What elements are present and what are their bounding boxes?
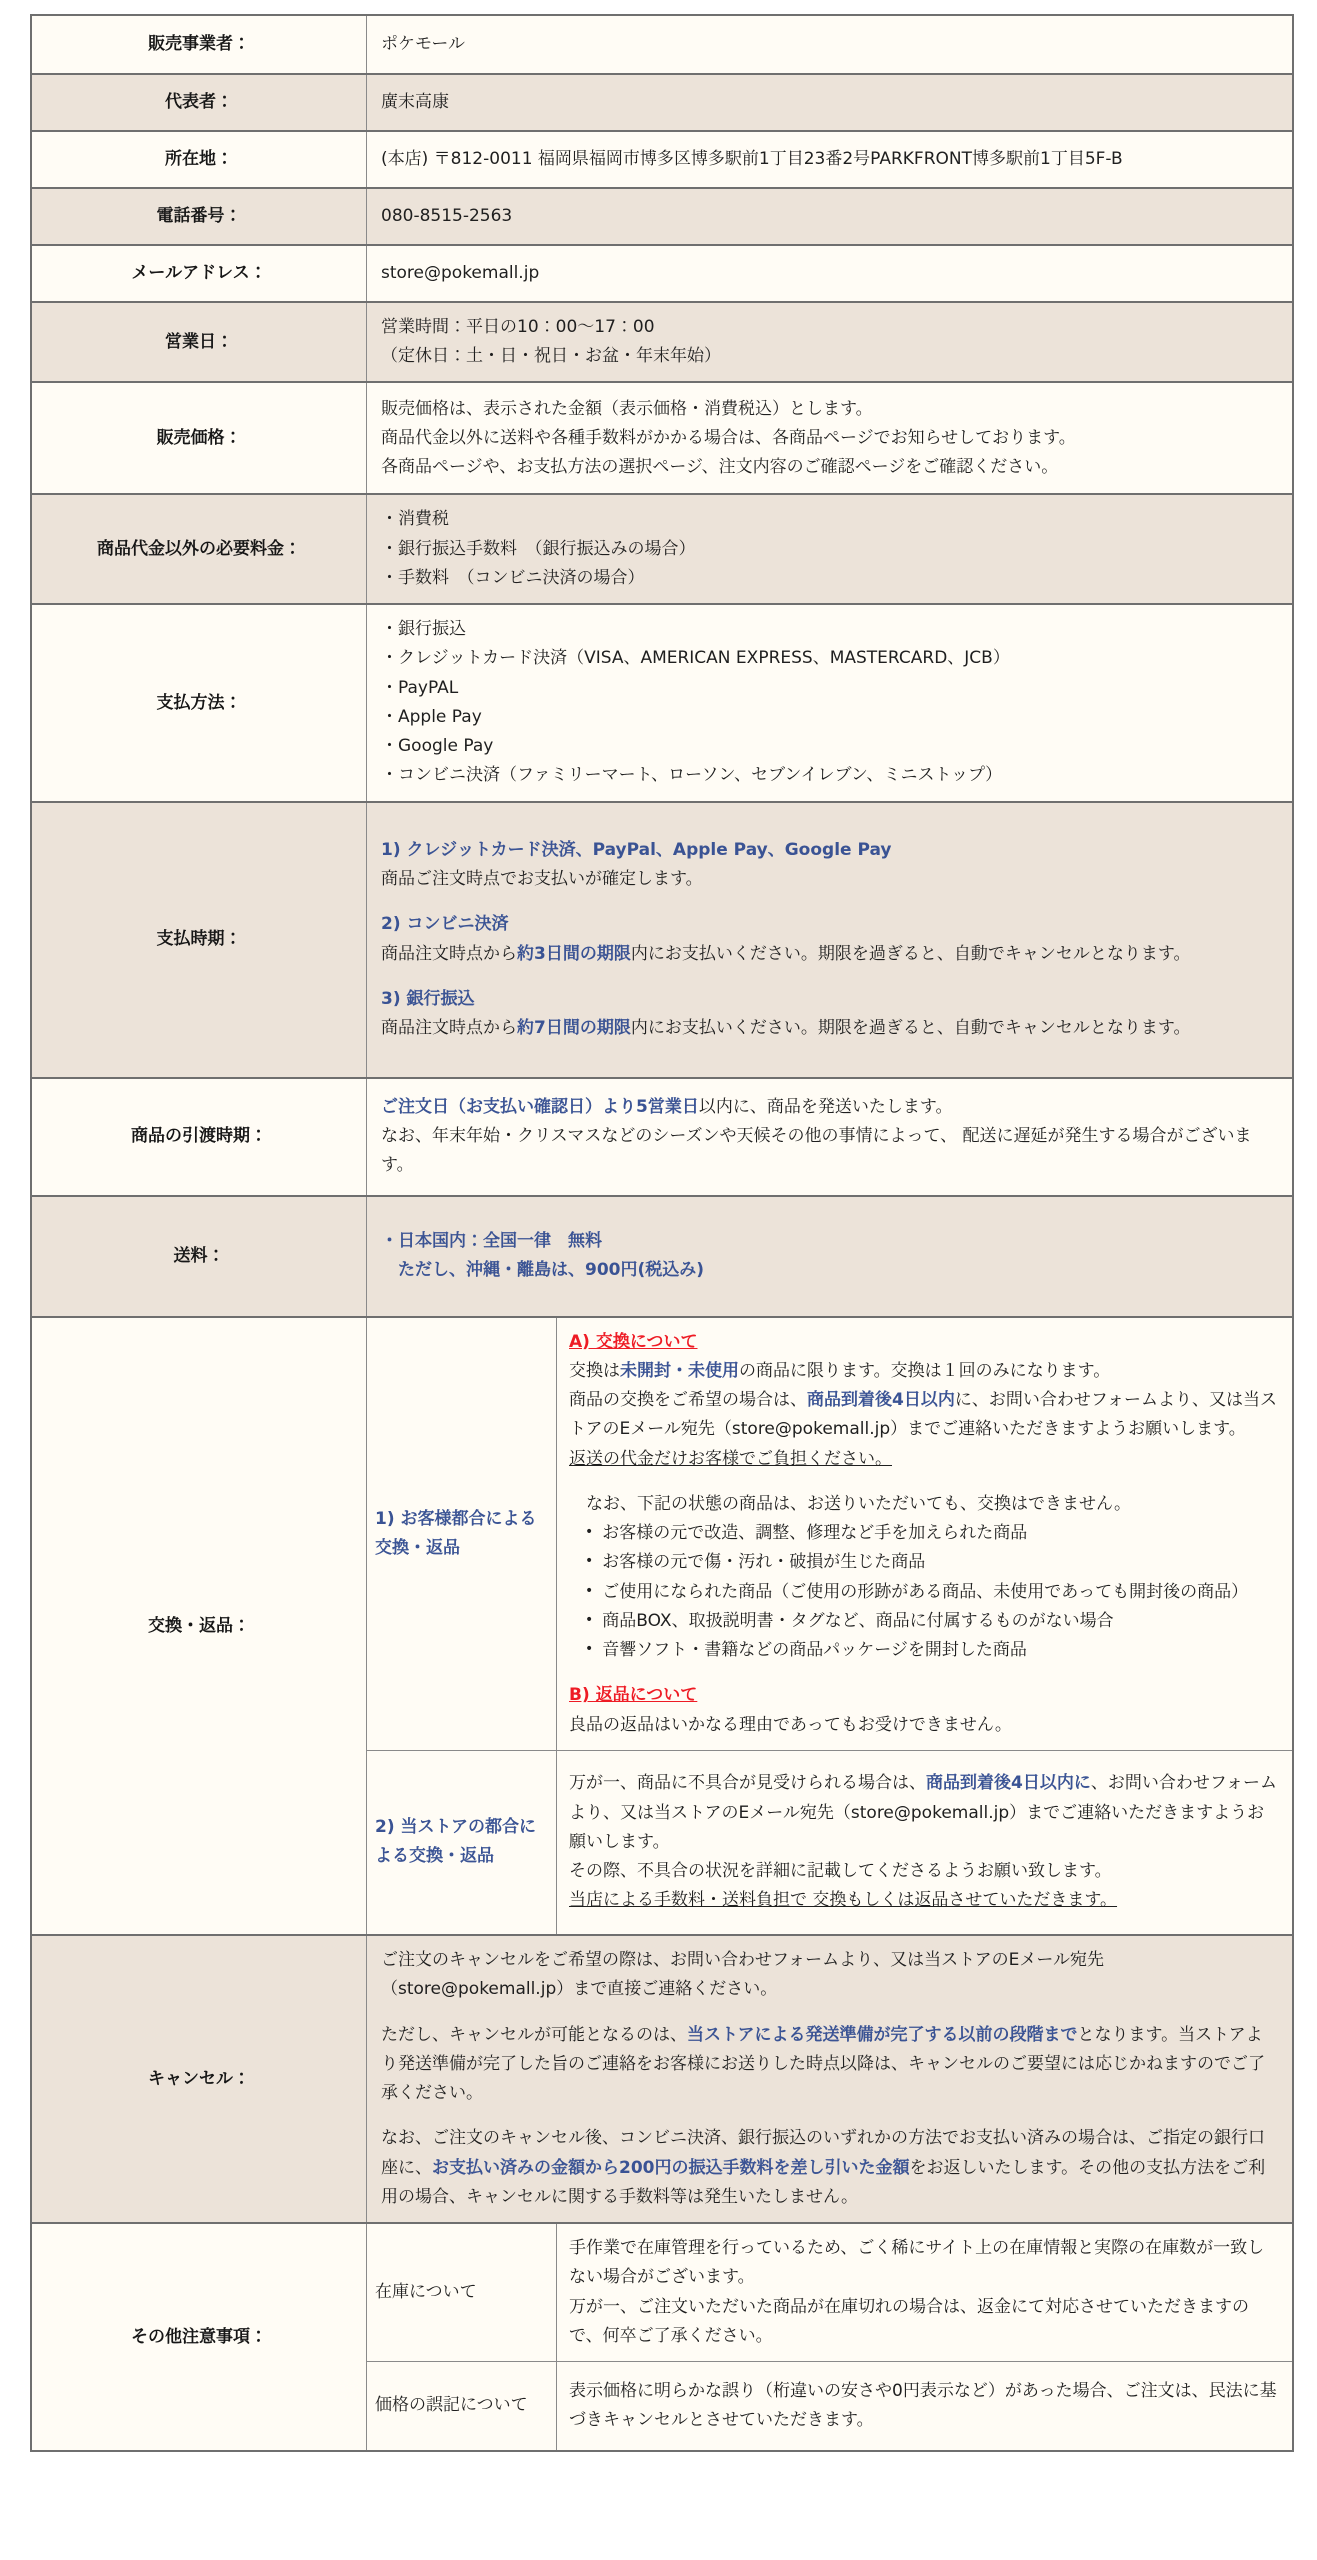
row-label: 営業日：	[32, 303, 367, 381]
bullet-line: お客様の元で改造、調整、修理など手を加えられた商品	[569, 1519, 1280, 1548]
sub-row-label: 価格の誤記について	[367, 2362, 557, 2450]
table-row: 送料：・日本国内：全国一律 無料 ただし、沖縄・離島は、900円(税込み)	[32, 1195, 1292, 1316]
row-content: ご注文のキャンセルをご希望の際は、お問い合わせフォームより、又は当ストアのEメー…	[367, 1936, 1292, 2222]
row-label: 販売事業者：	[32, 16, 367, 73]
text-line: ・手数料 （コンビニ決済の場合）	[381, 564, 1278, 593]
table-row: 代表者：廣末高康	[32, 73, 1292, 130]
text-line: 価格の誤記について	[375, 2391, 528, 2420]
table-row: 販売事業者：ポケモール	[32, 16, 1292, 73]
table-row: キャンセル：ご注文のキャンセルをご希望の際は、お問い合わせフォームより、又は当ス…	[32, 1934, 1292, 2222]
row-content: ・銀行振込・クレジットカード決済（VISA、AMERICAN EXPRESS、M…	[367, 605, 1292, 800]
text-line: その際、不具合の状況を詳細に記載してくださるようお願い致します。	[569, 1857, 1280, 1886]
table-row: 商品代金以外の必要料金：・消費税・銀行振込手数料 （銀行振込みの場合）・手数料 …	[32, 493, 1292, 603]
text-line: 当店による手数料・送料負担で 交換もしくは返品させていただきます。	[569, 1886, 1280, 1915]
row-content: 営業時間：平日の10：00～17：00（定休日：土・日・祝日・お盆・年末年始）	[367, 303, 1292, 381]
text-line: ご注文のキャンセルをご希望の際は、お問い合わせフォームより、又は当ストアのEメー…	[381, 1946, 1278, 2004]
row-content: 1) お客様都合による交換・返品A) 交換について交換は未開封・未使用の商品に限…	[367, 1318, 1292, 1934]
text-line: 2) 当ストアの都合による交換・返品	[375, 1813, 548, 1871]
table-row: その他注意事項：在庫について手作業で在庫管理を行っているため、ごく稀にサイト上の…	[32, 2222, 1292, 2450]
text-line: 商品の交換をご希望の場合は、商品到着後4日以内に、お問い合わせフォームより、又は…	[569, 1386, 1280, 1444]
text-line: 2) コンビニ決済	[381, 910, 1278, 939]
text-line: B) 返品について	[569, 1681, 1280, 1710]
row-label: 代表者：	[32, 75, 367, 130]
text-line: 080-8515-2563	[381, 202, 1278, 231]
text-line: ・Google Pay	[381, 732, 1278, 761]
text-line: 廣末高康	[381, 88, 1278, 117]
text-line: store@pokemall.jp	[381, 259, 1278, 288]
transaction-table: 販売事業者：ポケモール代表者：廣末高康所在地：(本店) 〒812-0011 福岡…	[30, 14, 1294, 2452]
text-line: 在庫について	[375, 2278, 477, 2307]
text-line: 1) お客様都合による交換・返品	[375, 1505, 548, 1563]
row-label: 商品代金以外の必要料金：	[32, 495, 367, 603]
row-label: 支払時期：	[32, 803, 367, 1077]
text-line: 万が一、商品に不具合が見受けられる場合は、商品到着後4日以内に、お問い合わせフォ…	[569, 1769, 1280, 1857]
text-line: ・Apple Pay	[381, 703, 1278, 732]
text-line: 商品代金以外に送料や各種手数料がかかる場合は、各商品ページでお知らせしております…	[381, 424, 1278, 453]
sub-row-content: A) 交換について交換は未開封・未使用の商品に限ります。交換は１回のみになります…	[557, 1318, 1292, 1750]
table-row: 電話番号：080-8515-2563	[32, 187, 1292, 244]
text-line: ・銀行振込手数料 （銀行振込みの場合）	[381, 535, 1278, 564]
text-line	[381, 969, 1278, 985]
text-line	[381, 2004, 1278, 2020]
table-row: 営業日：営業時間：平日の10：00～17：00（定休日：土・日・祝日・お盆・年末…	[32, 301, 1292, 381]
text-line	[381, 894, 1278, 910]
sub-row-label: 在庫について	[367, 2224, 557, 2361]
text-line: ・コンビニ決済（ファミリーマート、ローソン、セブンイレブン、ミニストップ）	[381, 761, 1278, 790]
text-line: (本店) 〒812-0011 福岡県福岡市博多区博多駅前1丁目23番2号PARK…	[381, 145, 1278, 174]
page: 販売事業者：ポケモール代表者：廣末高康所在地：(本店) 〒812-0011 福岡…	[0, 0, 1317, 2560]
sub-row: 価格の誤記について表示価格に明らかな誤り（桁違いの安さや0円表示など）があった場…	[367, 2361, 1292, 2450]
sub-row-content: 手作業で在庫管理を行っているため、ごく稀にサイト上の在庫情報と実際の在庫数が一致…	[557, 2224, 1292, 2361]
table-row: 支払方法：・銀行振込・クレジットカード決済（VISA、AMERICAN EXPR…	[32, 603, 1292, 800]
text-line: なお、ご注文のキャンセル後、コンビニ決済、銀行振込のいずれかの方法でお支払い済み…	[381, 2124, 1278, 2212]
row-content: ・日本国内：全国一律 無料 ただし、沖縄・離島は、900円(税込み)	[367, 1197, 1292, 1316]
text-line: ・日本国内：全国一律 無料	[381, 1227, 1278, 1256]
text-line	[569, 1474, 1280, 1490]
text-line: 商品ご注文時点でお支払いが確定します。	[381, 865, 1278, 894]
text-line: （定休日：土・日・祝日・お盆・年末年始）	[381, 342, 1278, 371]
text-line: 1) クレジットカード決済、PayPal、Apple Pay、Google Pa…	[381, 836, 1278, 865]
text-line: A) 交換について	[569, 1328, 1280, 1357]
text-line: なお、年末年始・クリスマスなどのシーズンや天候その他の事情によって、 配送に遅延…	[381, 1122, 1278, 1180]
sub-row: 1) お客様都合による交換・返品A) 交換について交換は未開封・未使用の商品に限…	[367, 1318, 1292, 1750]
row-label: 送料：	[32, 1197, 367, 1316]
text-line: ・銀行振込	[381, 615, 1278, 644]
sub-row: 2) 当ストアの都合による交換・返品万が一、商品に不具合が見受けられる場合は、商…	[367, 1750, 1292, 1934]
bullet-line: 商品BOX、取扱説明書・タグなど、商品に付属するものがない場合	[569, 1607, 1280, 1636]
row-label: 所在地：	[32, 132, 367, 187]
row-content: store@pokemall.jp	[367, 246, 1292, 301]
row-label: キャンセル：	[32, 1936, 367, 2222]
text-line: 商品注文時点から約7日間の期限内にお支払いください。期限を過ぎると、自動でキャン…	[381, 1014, 1278, 1043]
text-line: ・クレジットカード決済（VISA、AMERICAN EXPRESS、MASTER…	[381, 644, 1278, 673]
table-row: 交換・返品：1) お客様都合による交換・返品A) 交換について交換は未開封・未使…	[32, 1316, 1292, 1934]
text-line: 万が一、ご注文いただいた商品が在庫切れの場合は、返金にて対応させていただきますの…	[569, 2293, 1280, 2351]
sub-row-content: 表示価格に明らかな誤り（桁違いの安さや0円表示など）があった場合、ご注文は、民法…	[557, 2362, 1292, 2450]
bullet-line: 音響ソフト・書籍などの商品パッケージを開封した商品	[569, 1636, 1280, 1665]
text-line: なお、下記の状態の商品は、お送りいただいても、交換はできません。	[569, 1490, 1280, 1519]
text-line: ポケモール	[381, 30, 1278, 59]
sub-row-content: 万が一、商品に不具合が見受けられる場合は、商品到着後4日以内に、お問い合わせフォ…	[557, 1751, 1292, 1934]
text-line: ご注文日（お支払い確認日）より5営業日以内に、商品を発送いたします。	[381, 1093, 1278, 1122]
row-content: 1) クレジットカード決済、PayPal、Apple Pay、Google Pa…	[367, 803, 1292, 1077]
text-line: 交換は未開封・未使用の商品に限ります。交換は１回のみになります。	[569, 1357, 1280, 1386]
row-label: 電話番号：	[32, 189, 367, 244]
row-content: 廣末高康	[367, 75, 1292, 130]
text-line: 表示価格に明らかな誤り（桁違いの安さや0円表示など）があった場合、ご注文は、民法…	[569, 2377, 1280, 2435]
bullet-line: ご使用になられた商品（ご使用の形跡がある商品、未使用であっても開封後の商品）	[569, 1578, 1280, 1607]
row-label: 支払方法：	[32, 605, 367, 800]
text-line: 3) 銀行振込	[381, 985, 1278, 1014]
row-label: 交換・返品：	[32, 1318, 367, 1934]
text-line	[569, 1665, 1280, 1681]
row-content: 在庫について手作業で在庫管理を行っているため、ごく稀にサイト上の在庫情報と実際の…	[367, 2224, 1292, 2450]
text-line	[381, 2108, 1278, 2124]
table-row: メールアドレス：store@pokemall.jp	[32, 244, 1292, 301]
sub-row-label: 1) お客様都合による交換・返品	[367, 1318, 557, 1750]
text-line: 商品注文時点から約3日間の期限内にお支払いください。期限を過ぎると、自動でキャン…	[381, 940, 1278, 969]
text-line: ただし、沖縄・離島は、900円(税込み)	[381, 1256, 1278, 1285]
text-line: 良品の返品はいかなる理由であってもお受けできません。	[569, 1711, 1280, 1740]
text-line: ・消費税	[381, 505, 1278, 534]
row-content: ご注文日（お支払い確認日）より5営業日以内に、商品を発送いたします。なお、年末年…	[367, 1079, 1292, 1195]
text-line: 各商品ページや、お支払方法の選択ページ、注文内容のご確認ページをご確認ください。	[381, 453, 1278, 482]
table-row: 販売価格：販売価格は、表示された金額（表示価格・消費税込）とします。商品代金以外…	[32, 381, 1292, 493]
row-label: メールアドレス：	[32, 246, 367, 301]
row-label: 商品の引渡時期：	[32, 1079, 367, 1195]
text-line: ただし、キャンセルが可能となるのは、当ストアによる発送準備が完了する以前の段階ま…	[381, 2021, 1278, 2109]
row-content: (本店) 〒812-0011 福岡県福岡市博多区博多駅前1丁目23番2号PARK…	[367, 132, 1292, 187]
text-line: 販売価格は、表示された金額（表示価格・消費税込）とします。	[381, 395, 1278, 424]
row-content: 080-8515-2563	[367, 189, 1292, 244]
bullet-line: お客様の元で傷・汚れ・破損が生じた商品	[569, 1548, 1280, 1577]
text-line: 手作業で在庫管理を行っているため、ごく稀にサイト上の在庫情報と実際の在庫数が一致…	[569, 2234, 1280, 2292]
row-label: その他注意事項：	[32, 2224, 367, 2450]
text-line: ・PayPAL	[381, 674, 1278, 703]
table-row: 所在地：(本店) 〒812-0011 福岡県福岡市博多区博多駅前1丁目23番2号…	[32, 130, 1292, 187]
text-line: 返送の代金だけお客様でご負担ください。	[569, 1445, 1280, 1474]
row-content: ポケモール	[367, 16, 1292, 73]
table-row: 商品の引渡時期：ご注文日（お支払い確認日）より5営業日以内に、商品を発送いたしま…	[32, 1077, 1292, 1195]
row-label: 販売価格：	[32, 383, 367, 493]
text-line: 営業時間：平日の10：00～17：00	[381, 313, 1278, 342]
sub-row-label: 2) 当ストアの都合による交換・返品	[367, 1751, 557, 1934]
row-content: ・消費税・銀行振込手数料 （銀行振込みの場合）・手数料 （コンビニ決済の場合）	[367, 495, 1292, 603]
table-row: 支払時期：1) クレジットカード決済、PayPal、Apple Pay、Goog…	[32, 801, 1292, 1077]
sub-row: 在庫について手作業で在庫管理を行っているため、ごく稀にサイト上の在庫情報と実際の…	[367, 2224, 1292, 2361]
row-content: 販売価格は、表示された金額（表示価格・消費税込）とします。商品代金以外に送料や各…	[367, 383, 1292, 493]
